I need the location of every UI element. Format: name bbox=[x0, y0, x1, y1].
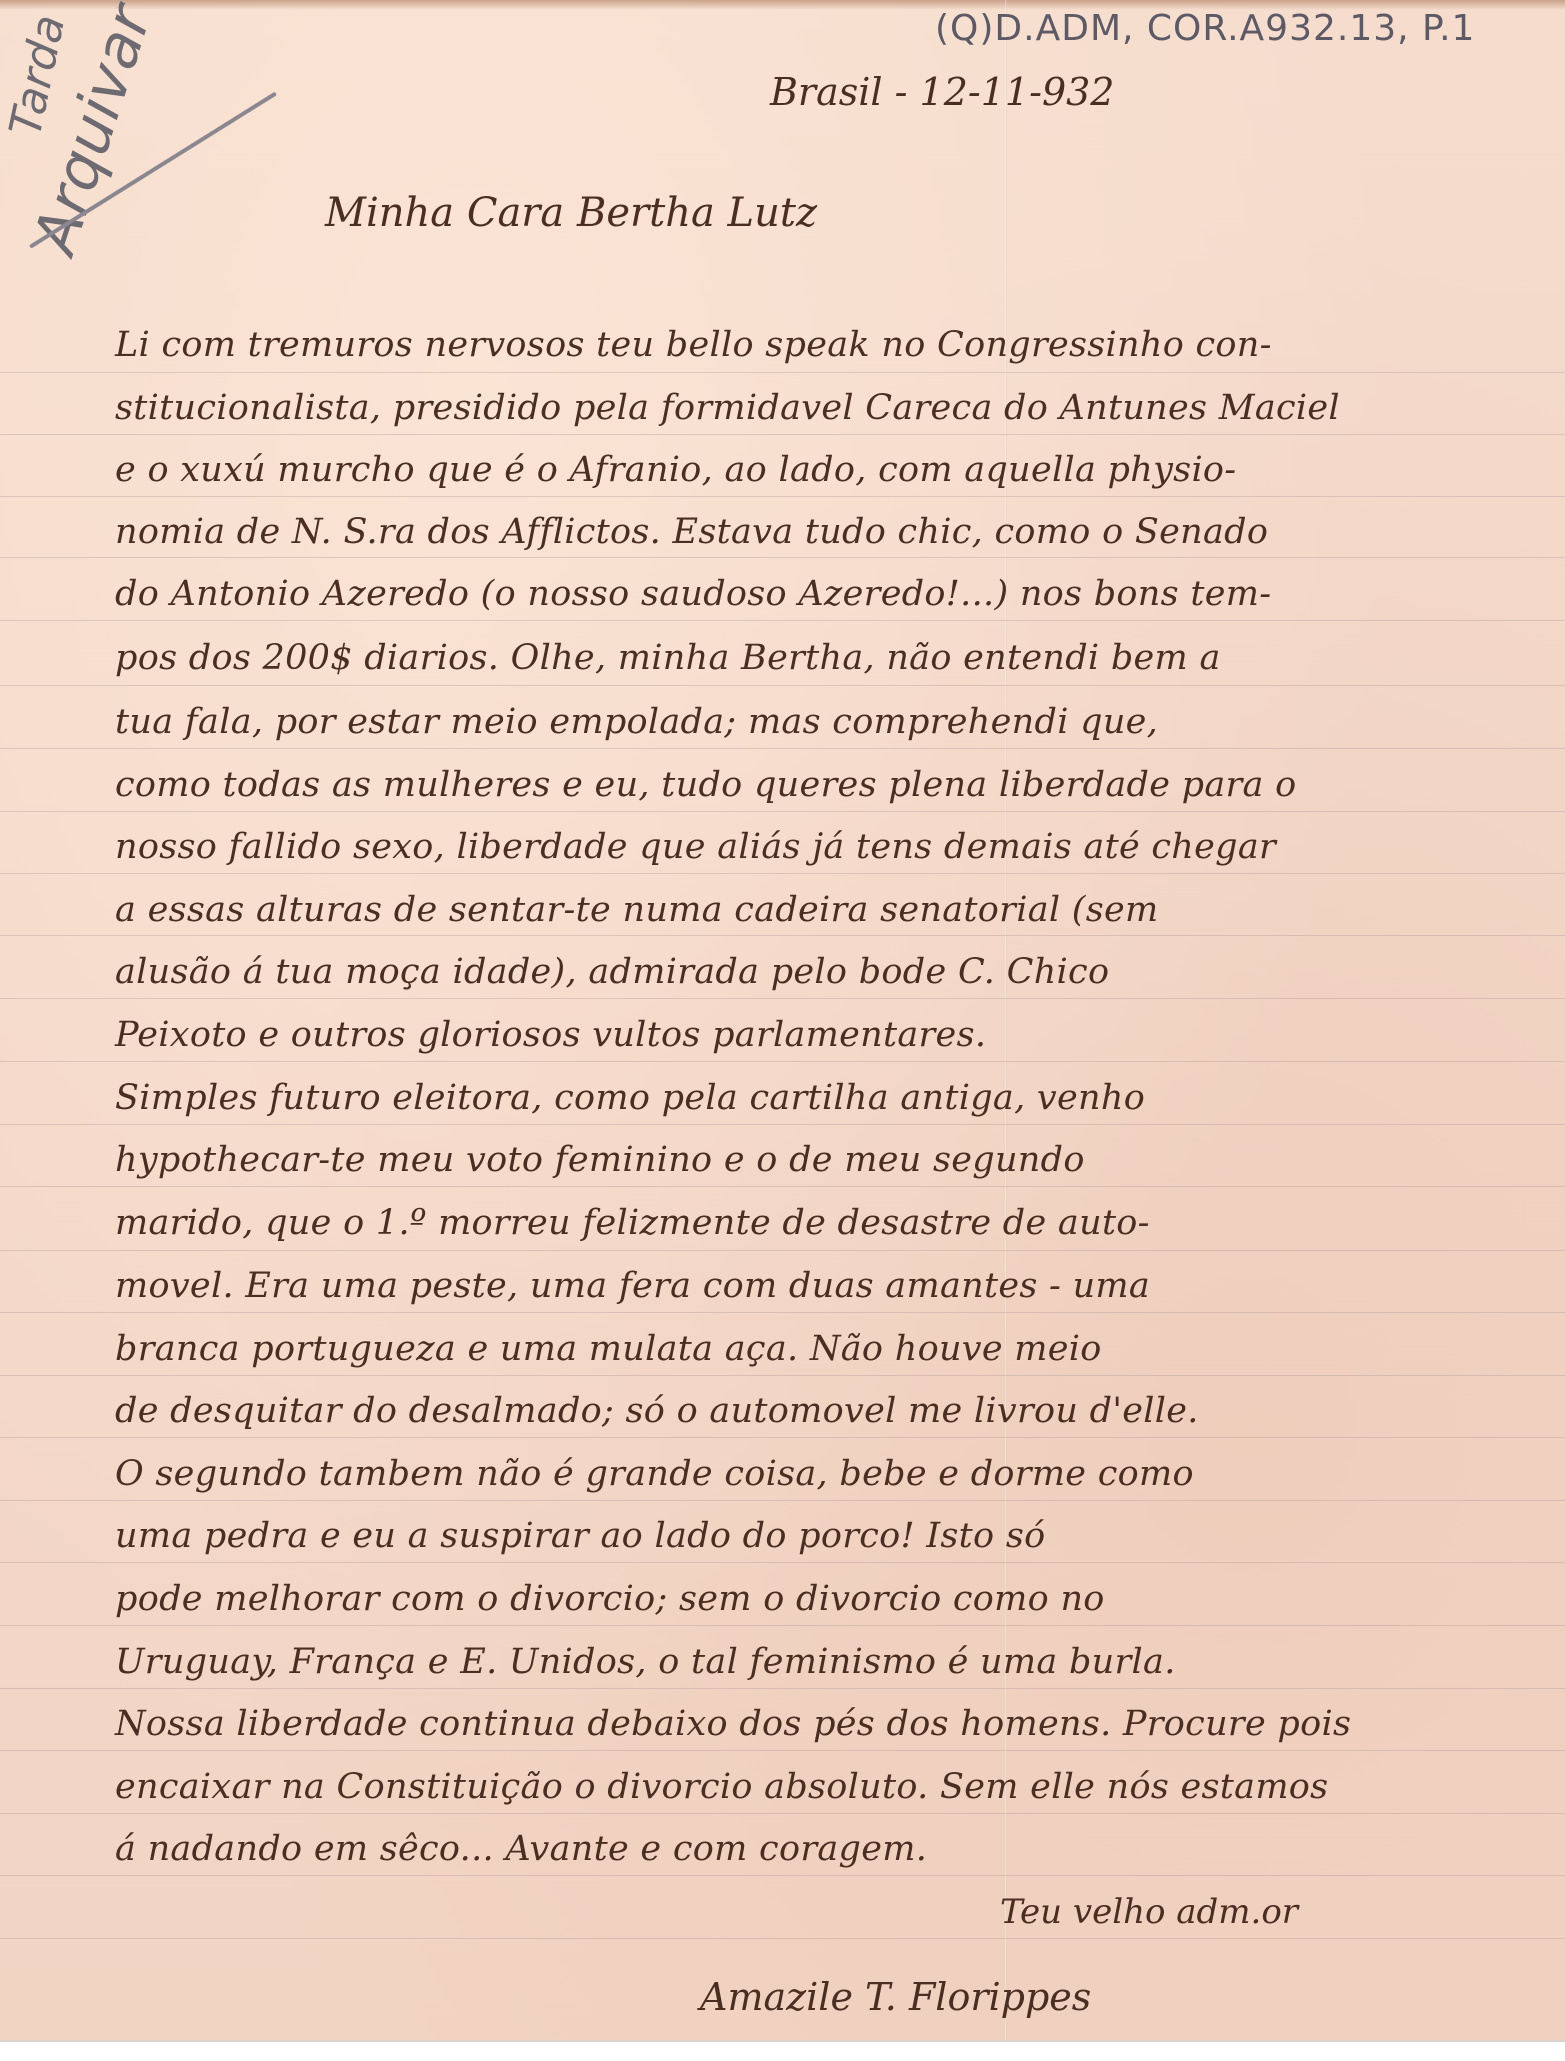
body-line: a essas alturas de sentar-te numa cadeir… bbox=[115, 890, 1555, 930]
ruled-line bbox=[0, 1186, 1565, 1187]
archive-reference: (Q)D.ADM, COR.A932.13, P.1 bbox=[935, 8, 1475, 49]
body-line: pos dos 200$ diarios. Olhe, minha Bertha… bbox=[115, 638, 1555, 678]
ruled-line bbox=[0, 685, 1565, 686]
ruled-line bbox=[0, 1688, 1565, 1689]
ruled-line bbox=[0, 1124, 1565, 1125]
body-line: e o xuxú murcho que é o Afranio, ao lado… bbox=[115, 450, 1555, 490]
ruled-line bbox=[0, 873, 1565, 874]
scan-bottom-margin bbox=[0, 2040, 1565, 2061]
body-line: branca portugueza e uma mulata aça. Não … bbox=[115, 1329, 1555, 1369]
body-line: como todas as mulheres e eu, tudo queres… bbox=[115, 765, 1555, 805]
body-line: movel. Era uma peste, uma fera com duas … bbox=[115, 1266, 1555, 1306]
body-line: marido, que o 1.º morreu felizmente de d… bbox=[115, 1203, 1555, 1243]
ruled-line bbox=[0, 1625, 1565, 1626]
body-line: tua fala, por estar meio empolada; mas c… bbox=[115, 702, 1555, 742]
ruled-line bbox=[0, 620, 1565, 621]
body-line: Uruguay, França e E. Unidos, o tal femin… bbox=[115, 1642, 1555, 1682]
body-line: á nadando em sêco... Avante e com corage… bbox=[115, 1829, 1555, 1869]
ruled-line bbox=[0, 1500, 1565, 1501]
body-line: alusão á tua moça idade), admirada pelo … bbox=[115, 952, 1555, 992]
letter-paper: Tarda Arquivar (Q)D.ADM, COR.A932.13, P.… bbox=[0, 0, 1565, 2040]
body-line: Simples futuro eleitora, como pela carti… bbox=[115, 1078, 1555, 1118]
ruled-line bbox=[0, 1250, 1565, 1251]
place-date: Brasil - 12-11-932 bbox=[770, 70, 1114, 114]
body-line: Li com tremuros nervosos teu bello speak… bbox=[115, 325, 1555, 365]
body-line: do Antonio Azeredo (o nosso saudoso Azer… bbox=[115, 574, 1555, 614]
salutation: Minha Cara Bertha Lutz bbox=[325, 190, 817, 236]
body-line: nomia de N. S.ra dos Afflictos. Estava t… bbox=[115, 512, 1555, 552]
body-line: O segundo tambem não é grande coisa, beb… bbox=[115, 1454, 1555, 1494]
body-line: de desquitar do desalmado; só o automove… bbox=[115, 1391, 1555, 1431]
ruled-line bbox=[0, 998, 1565, 999]
ruled-line bbox=[0, 1061, 1565, 1062]
ruled-line bbox=[0, 1875, 1565, 1876]
ruled-line bbox=[0, 496, 1565, 497]
ruled-line bbox=[0, 748, 1565, 749]
ruled-line bbox=[0, 1813, 1565, 1814]
body-line: Nossa liberdade continua debaixo dos pés… bbox=[115, 1704, 1555, 1744]
signature: Amazile T. Florippes bbox=[700, 1975, 1091, 2019]
ruled-line bbox=[0, 1375, 1565, 1376]
ruled-line bbox=[0, 935, 1565, 936]
body-line: encaixar na Constituição o divorcio abso… bbox=[115, 1767, 1555, 1807]
ruled-line bbox=[0, 557, 1565, 558]
body-line: Peixoto e outros gloriosos vultos parlam… bbox=[115, 1015, 1555, 1055]
valediction: Teu velho adm.or bbox=[1000, 1892, 1298, 1932]
ruled-line bbox=[0, 1938, 1565, 1939]
ruled-line bbox=[0, 811, 1565, 812]
ruled-line bbox=[0, 434, 1565, 435]
body-line: hypothecar-te meu voto feminino e o de m… bbox=[115, 1140, 1555, 1180]
body-line: stitucionalista, presidido pela formidav… bbox=[115, 388, 1555, 428]
ruled-line bbox=[0, 1750, 1565, 1751]
body-line: uma pedra e eu a suspirar ao lado do por… bbox=[115, 1516, 1555, 1556]
body-line: pode melhorar com o divorcio; sem o divo… bbox=[115, 1579, 1555, 1619]
ruled-line bbox=[0, 1437, 1565, 1438]
ruled-line bbox=[0, 1312, 1565, 1313]
body-line: nosso fallido sexo, liberdade que aliás … bbox=[115, 827, 1555, 867]
ruled-line bbox=[0, 1562, 1565, 1563]
ruled-line bbox=[0, 372, 1565, 373]
